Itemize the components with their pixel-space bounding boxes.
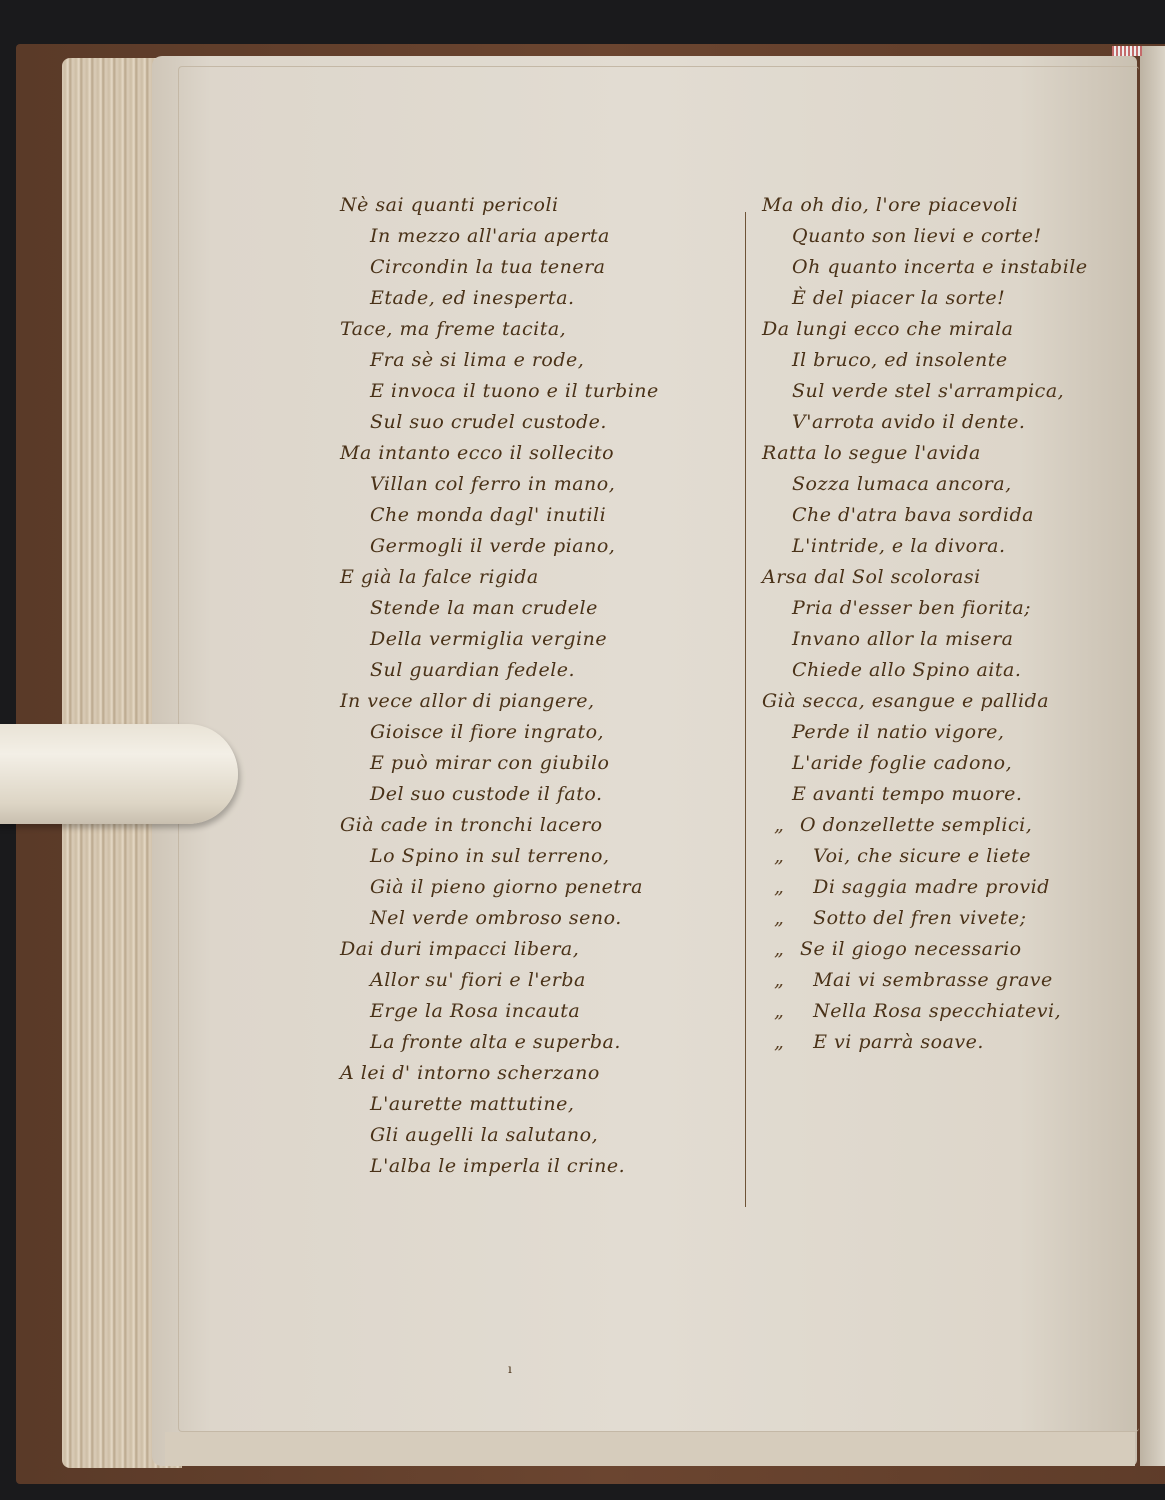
quote-mark: „ bbox=[774, 810, 800, 841]
verse-line: Sul guardian fedele. bbox=[340, 655, 659, 686]
verse-line: Erge la Rosa incauta bbox=[340, 996, 659, 1027]
stanza: A lei d' intorno scherzano L'aurette mat… bbox=[340, 1058, 659, 1182]
quote-mark: „ bbox=[774, 996, 800, 1027]
verse-line: Etade, ed inesperta. bbox=[340, 283, 659, 314]
verse-line: L'aride foglie cadono, bbox=[762, 748, 1088, 779]
stanza-quoted: „O donzellette semplici, „ Voi, che sicu… bbox=[762, 810, 1088, 934]
verse-line: Circondin la tua tenera bbox=[340, 252, 659, 283]
verse-line: Sul suo crudel custode. bbox=[340, 407, 659, 438]
quote-mark: „ bbox=[774, 903, 800, 934]
stanza: Da lungi ecco che mirala Il bruco, ed in… bbox=[762, 314, 1088, 438]
verse-line: E già la falce rigida bbox=[340, 562, 659, 593]
verse-line: L'intride, e la divora. bbox=[762, 531, 1088, 562]
verse-line: Ma intanto ecco il sollecito bbox=[340, 438, 659, 469]
verse-line: „ Nella Rosa specchiatevi, bbox=[762, 996, 1088, 1027]
verse-line: Perde il natio vigore, bbox=[762, 717, 1088, 748]
verse-line: Della vermiglia vergine bbox=[340, 624, 659, 655]
verse-line: In vece allor di piangere, bbox=[340, 686, 659, 717]
verse-line: In mezzo all'aria aperta bbox=[340, 221, 659, 252]
verse-line: „ Di saggia madre provid bbox=[762, 872, 1088, 903]
verse-line: Ma oh dio, l'ore piacevoli bbox=[762, 190, 1088, 221]
verse-line: Nè sai quanti pericoli bbox=[340, 190, 659, 221]
verse-line: „ Voi, che sicure e liete bbox=[762, 841, 1088, 872]
stanza: Tace, ma freme tacita, Fra sè si lima e … bbox=[340, 314, 659, 438]
ivory-page-holder bbox=[0, 724, 238, 824]
verse-line: V'arrota avido il dente. bbox=[762, 407, 1088, 438]
verse-line: „ Mai vi sembrasse grave bbox=[762, 965, 1088, 996]
quote-mark: „ bbox=[774, 965, 800, 996]
verse-line: Del suo custode il fato. bbox=[340, 779, 659, 810]
verse-line: E può mirar con giubilo bbox=[340, 748, 659, 779]
verse-line: Dai duri impacci libera, bbox=[340, 934, 659, 965]
verse-line: E invoca il tuono e il turbine bbox=[340, 376, 659, 407]
verse-line: Germogli il verde piano, bbox=[340, 531, 659, 562]
verse-line: „ Sotto del fren vivete; bbox=[762, 903, 1088, 934]
verse-line: Pria d'esser ben fiorita; bbox=[762, 593, 1088, 624]
right-column: Ma oh dio, l'ore piacevoli Quanto son li… bbox=[762, 190, 1088, 1058]
verse-line: Già il pieno giorno penetra bbox=[340, 872, 659, 903]
stanza: Ma oh dio, l'ore piacevoli Quanto son li… bbox=[762, 190, 1088, 314]
verse-line: Gioisce il fiore ingrato, bbox=[340, 717, 659, 748]
verse-line: Fra sè si lima e rode, bbox=[340, 345, 659, 376]
verse-line: La fronte alta e superba. bbox=[340, 1027, 659, 1058]
stanza: Ma intanto ecco il sollecito Villan col … bbox=[340, 438, 659, 562]
quote-mark: „ bbox=[774, 841, 800, 872]
page-mark: ı bbox=[508, 1362, 512, 1376]
verse-line: Oh quanto incerta e instabile bbox=[762, 252, 1088, 283]
verse-line: „ E vi parrà soave. bbox=[762, 1027, 1088, 1058]
verse-line: A lei d' intorno scherzano bbox=[340, 1058, 659, 1089]
left-column: Nè sai quanti pericoli In mezzo all'aria… bbox=[340, 190, 659, 1182]
stanza: E già la falce rigida Stende la man crud… bbox=[340, 562, 659, 686]
stanza: Arsa dal Sol scolorasi Pria d'esser ben … bbox=[762, 562, 1088, 686]
quote-mark: „ bbox=[774, 1027, 800, 1058]
verse-line: Sozza lumaca ancora, bbox=[762, 469, 1088, 500]
verse-line: Arsa dal Sol scolorasi bbox=[762, 562, 1088, 593]
stanza: Già secca, esangue e pallida Perde il na… bbox=[762, 686, 1088, 810]
verse-line: È del piacer la sorte! bbox=[762, 283, 1088, 314]
verse-line: Da lungi ecco che mirala bbox=[762, 314, 1088, 345]
verse-line: L'alba le imperla il crine. bbox=[340, 1151, 659, 1182]
page-bottom-strip bbox=[165, 1432, 1135, 1466]
verse-line: Il bruco, ed insolente bbox=[762, 345, 1088, 376]
verse-line: Già secca, esangue e pallida bbox=[762, 686, 1088, 717]
verse-line: Tace, ma freme tacita, bbox=[340, 314, 659, 345]
headband bbox=[1112, 46, 1142, 56]
column-divider bbox=[745, 212, 746, 1207]
verse-line: Stende la man crudele bbox=[340, 593, 659, 624]
verse-line: Sul verde stel s'arrampica, bbox=[762, 376, 1088, 407]
verse-line: Che d'atra bava sordida bbox=[762, 500, 1088, 531]
verse-line: „Se il giogo necessario bbox=[762, 934, 1088, 965]
verse-line: Già cade in tronchi lacero bbox=[340, 810, 659, 841]
stanza: Nè sai quanti pericoli In mezzo all'aria… bbox=[340, 190, 659, 314]
quote-mark: „ bbox=[774, 872, 800, 903]
stanza: Già cade in tronchi lacero Lo Spino in s… bbox=[340, 810, 659, 934]
verse-line: Ratta lo segue l'avida bbox=[762, 438, 1088, 469]
verse-line: Gli augelli la salutano, bbox=[340, 1120, 659, 1151]
verse-line: E avanti tempo muore. bbox=[762, 779, 1088, 810]
verse-line: Invano allor la misera bbox=[762, 624, 1088, 655]
verse-line: Lo Spino in sul terreno, bbox=[340, 841, 659, 872]
verse-line: Quanto son lievi e corte! bbox=[762, 221, 1088, 252]
stanza-quoted: „Se il giogo necessario „ Mai vi sembras… bbox=[762, 934, 1088, 1058]
stanza: In vece allor di piangere, Gioisce il fi… bbox=[340, 686, 659, 810]
stanza: Dai duri impacci libera, Allor su' fiori… bbox=[340, 934, 659, 1058]
stanza: Ratta lo segue l'avida Sozza lumaca anco… bbox=[762, 438, 1088, 562]
verse-line: Villan col ferro in mano, bbox=[340, 469, 659, 500]
verse-line: „O donzellette semplici, bbox=[762, 810, 1088, 841]
verse-line: Chiede allo Spino aita. bbox=[762, 655, 1088, 686]
verse-line: Nel verde ombroso seno. bbox=[340, 903, 659, 934]
verse-line: Che monda dagl' inutili bbox=[340, 500, 659, 531]
verse-line: Allor su' fiori e l'erba bbox=[340, 965, 659, 996]
quote-mark: „ bbox=[774, 934, 800, 965]
verse-line: L'aurette mattutine, bbox=[340, 1089, 659, 1120]
facing-page-edge bbox=[1140, 46, 1165, 1466]
